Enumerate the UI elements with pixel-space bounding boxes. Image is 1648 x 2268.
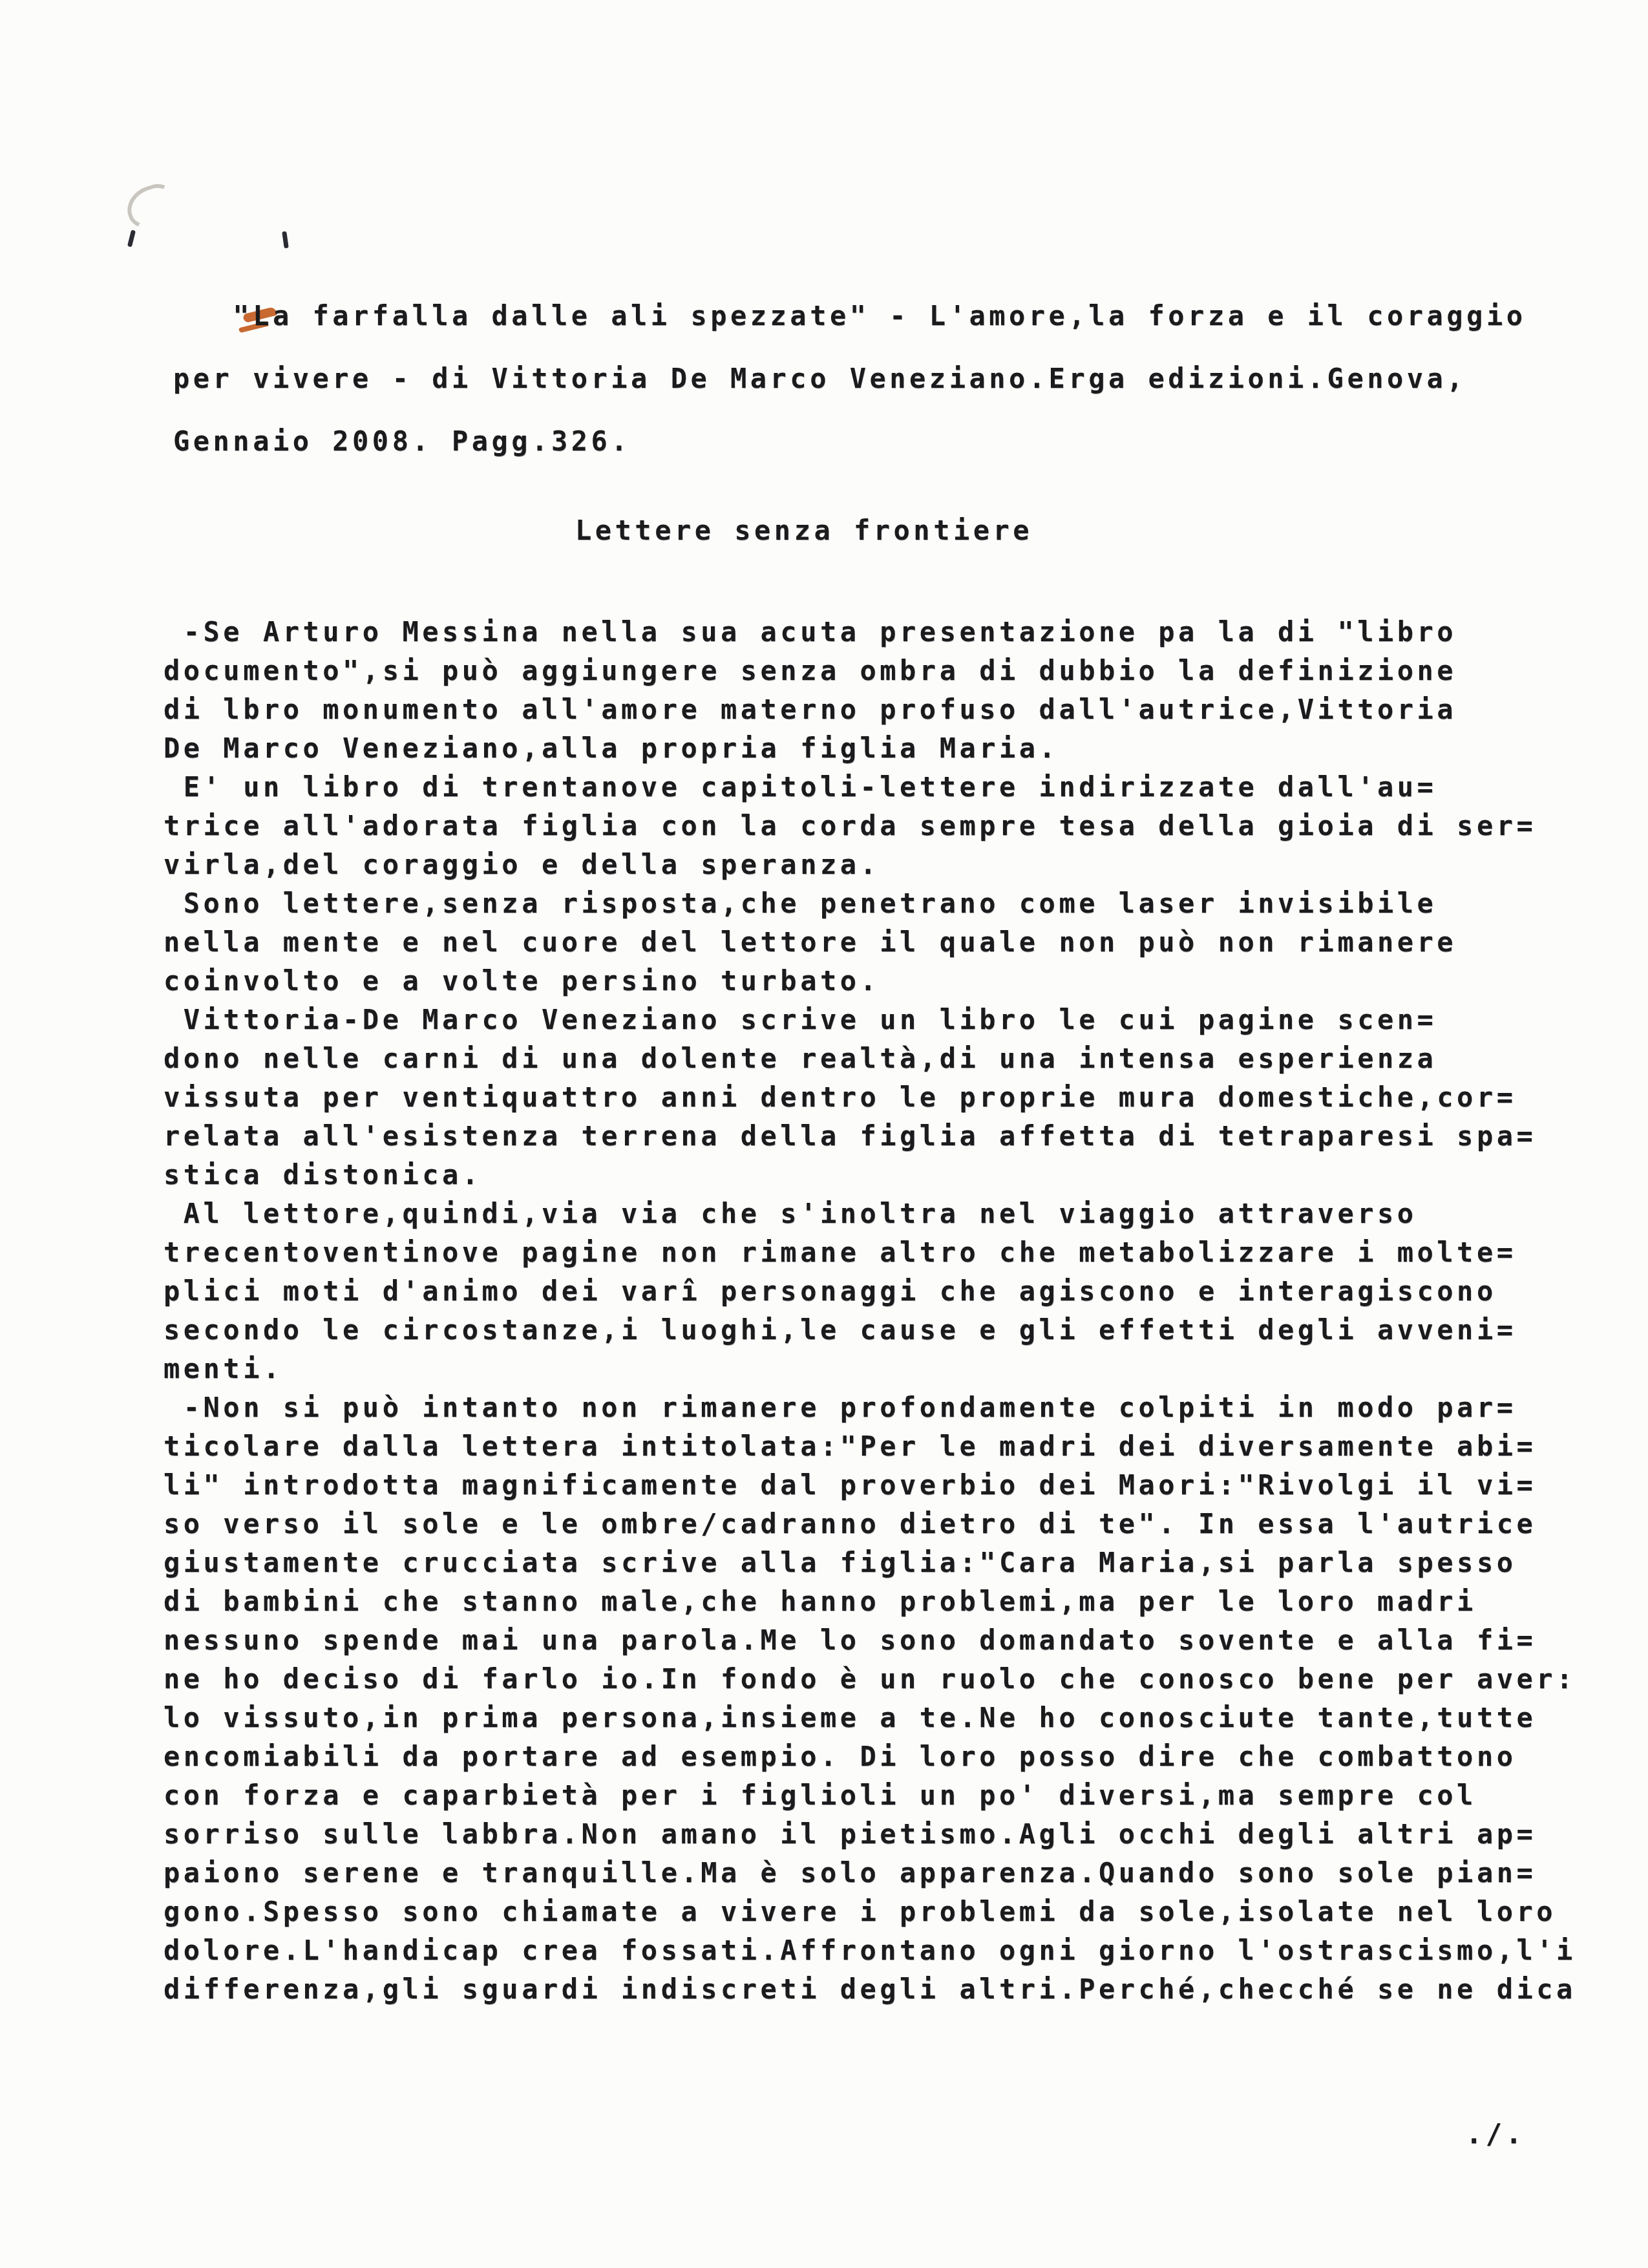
body-line: con forza e caparbietà per i figlioli un… <box>164 1776 1576 1815</box>
body-line: plici moti d'animo dei varî personaggi c… <box>164 1272 1576 1311</box>
body-line: gono.Spesso sono chiamate a vivere i pro… <box>164 1892 1576 1931</box>
body-line: De Marco Veneziano,alla propria figlia M… <box>164 729 1576 768</box>
body-line: li" introdotta magnificamente dal prover… <box>164 1466 1576 1505</box>
body-line: Sono lettere,senza risposta,che penetran… <box>164 884 1576 923</box>
body-line: di bambini che stanno male,che hanno pro… <box>164 1582 1576 1621</box>
body-line: sorriso sulle labbra.Non amano il pietis… <box>164 1815 1576 1854</box>
body-line: vissuta per ventiquattro anni dentro le … <box>164 1078 1576 1117</box>
body-line: giustamente crucciata scrive alla figlia… <box>164 1543 1576 1582</box>
body-line: di lbro monumento all'amore materno prof… <box>164 690 1576 729</box>
body-line: nessuno spende mai una parola.Me lo sono… <box>164 1621 1576 1660</box>
body-line: stica distonica. <box>164 1156 1576 1194</box>
body-line: relata all'esistenza terrena della figli… <box>164 1117 1576 1156</box>
body-line: ticolare dalla lettera intitolata:"Per l… <box>164 1427 1576 1466</box>
body-line: dolore.L'handicap crea fossati.Affrontan… <box>164 1931 1576 1970</box>
body-line: dono nelle carni di una dolente realtà,d… <box>164 1039 1576 1078</box>
body-line: differenza,gli sguardi indiscreti degli … <box>164 1970 1576 2009</box>
body-line: E' un libro di trentanove capitoli-lette… <box>164 768 1576 807</box>
header-line: Gennaio 2008. Pagg.326. <box>173 410 1526 472</box>
body-line: -Non si può intanto non rimanere profond… <box>164 1388 1576 1427</box>
pencil-scribble-mark <box>121 180 181 234</box>
body-line: paiono serene e tranquille.Ma è solo app… <box>164 1854 1576 1892</box>
body-line: ne ho deciso di farlo io.In fondo è un r… <box>164 1660 1576 1699</box>
body-line: lo vissuto,in prima persona,insieme a te… <box>164 1699 1576 1737</box>
continuation-mark: ./. <box>1466 2115 1525 2154</box>
book-reference-header: "La farfalla dalle ali spezzate" - L'amo… <box>173 284 1526 472</box>
header-line: "La farfalla dalle ali spezzate" - L'amo… <box>173 284 1526 347</box>
pencil-tick-mark <box>127 230 136 248</box>
body-line: -Se Arturo Messina nella sua acuta prese… <box>164 613 1576 652</box>
scanned-document-page: "La farfalla dalle ali spezzate" - L'amo… <box>0 0 1648 2268</box>
body-line: Al lettore,quindi,via via che s'inoltra … <box>164 1194 1576 1233</box>
body-line: so verso il sole e le ombre/cadranno die… <box>164 1505 1576 1543</box>
pencil-tick-mark <box>282 231 289 249</box>
body-line: documento",si può aggiungere senza ombra… <box>164 652 1576 690</box>
header-line: per vivere - di Vittoria De Marco Venezi… <box>173 347 1526 410</box>
body-line: trice all'adorata figlia con la corda se… <box>164 807 1576 845</box>
body-line: Vittoria-De Marco Veneziano scrive un li… <box>164 1001 1576 1039</box>
review-body-text: -Se Arturo Messina nella sua acuta prese… <box>164 613 1576 2009</box>
body-line: virla,del coraggio e della speranza. <box>164 845 1576 884</box>
body-line: menti. <box>164 1350 1576 1388</box>
body-line: coinvolto e a volte persino turbato. <box>164 962 1576 1001</box>
page-title: Lettere senza frontiere <box>575 511 1033 550</box>
body-line: secondo le circostanze,i luoghi,le cause… <box>164 1311 1576 1350</box>
body-line: trecentoventinove pagine non rimane altr… <box>164 1233 1576 1272</box>
body-line: encomiabili da portare ad esempio. Di lo… <box>164 1737 1576 1776</box>
body-line: nella mente e nel cuore del lettore il q… <box>164 923 1576 962</box>
